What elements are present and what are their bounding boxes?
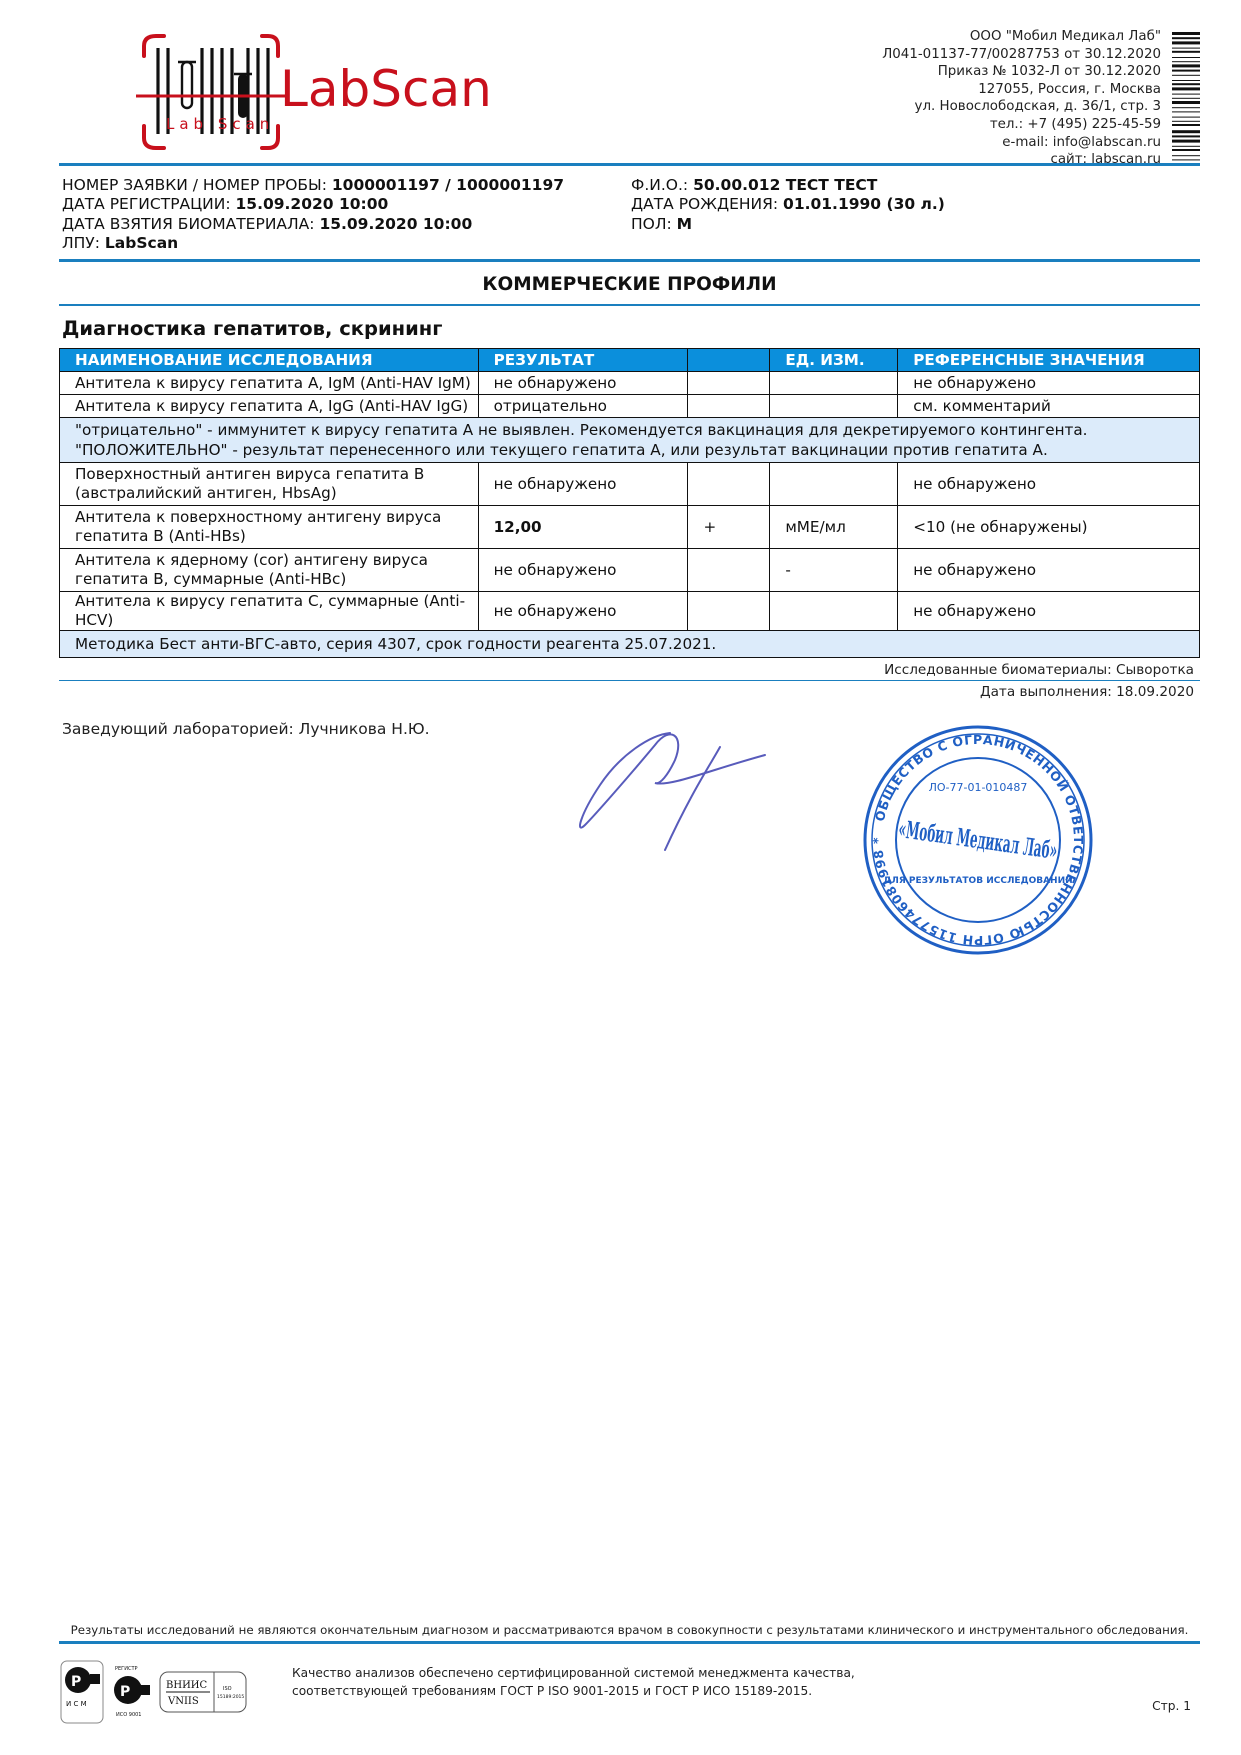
table-row: Антитела к ядерному (cor) антигену вирус… [60, 549, 1200, 592]
info-value: 01.01.1990 (30 л.) [783, 195, 945, 213]
comment-line: Методика Бест анти-ВГС-авто, серия 4307,… [75, 634, 1199, 654]
result-flag: + [688, 506, 770, 549]
result-flag [688, 549, 770, 592]
info-value: 1000001197 / 1000001197 [332, 176, 564, 194]
info-row: Ф.И.О.: 50.00.012 ТЕСТ ТЕСТ [631, 176, 1191, 195]
reference-range: не обнаружено [898, 372, 1200, 395]
results-table: НАИМЕНОВАНИЕ ИССЛЕДОВАНИЯРЕЗУЛЬТАТЕД. ИЗ… [59, 348, 1200, 658]
comment-row: Методика Бест анти-ВГС-авто, серия 4307,… [60, 631, 1200, 658]
comment-line: "отрицательно" - иммунитет к вирусу гепа… [75, 420, 1199, 440]
rst-iso9001-icon: Р РЕГИСТР ИСО 9001 [114, 1666, 150, 1718]
info-label: ПОЛ: [631, 215, 677, 233]
svg-text:И С М: И С М [66, 1700, 87, 1708]
svg-text:ИСО 9001: ИСО 9001 [116, 1712, 141, 1718]
divider [59, 680, 1200, 681]
svg-text:«Мобил Медикал Лаб»: «Мобил Медикал Лаб» [897, 814, 1059, 865]
svg-text:15189:2015: 15189:2015 [217, 1694, 244, 1700]
org-line: ООО "Мобил Медикал Лаб" [741, 28, 1161, 46]
org-line: Приказ № 1032-Л от 30.12.2020 [741, 63, 1161, 81]
info-label: НОМЕР ЗАЯВКИ / НОМЕР ПРОБЫ: [62, 176, 332, 194]
divider [59, 259, 1200, 262]
table-row: Антитела к вирусу гепатита А, IgG (Anti-… [60, 395, 1200, 418]
org-line: Л041-01137-77/00287753 от 30.12.2020 [741, 46, 1161, 64]
column-header: РЕФЕРЕНСНЫЕ ЗНАЧЕНИЯ [898, 349, 1200, 372]
patient-info: Ф.И.О.: 50.00.012 ТЕСТ ТЕСТДАТА РОЖДЕНИЯ… [631, 176, 1191, 234]
reference-range: <10 (не обнаружены) [898, 506, 1200, 549]
table-row: Антитела к вирусу гепатита С, суммарные … [60, 592, 1200, 631]
test-name: Антитела к вирусу гепатита А, IgG (Anti-… [60, 395, 479, 418]
info-value: 15.09.2020 10:00 [236, 195, 389, 213]
reference-range: см. комментарий [898, 395, 1200, 418]
info-label: ДАТА РЕГИСТРАЦИИ: [62, 195, 236, 213]
reference-range: не обнаружено [898, 592, 1200, 631]
svg-text:LabScan: LabScan [280, 60, 492, 118]
test-result: 12,00 [478, 506, 688, 549]
column-header: ЕД. ИЗМ. [770, 349, 898, 372]
test-result: не обнаружено [478, 372, 688, 395]
result-flag [688, 592, 770, 631]
table-row: Антитела к поверхностному антигену вирус… [60, 506, 1200, 549]
info-value: 15.09.2020 10:00 [319, 215, 472, 233]
org-line: тел.: +7 (495) 225-45-59 [741, 116, 1161, 134]
unit: мМЕ/мл [770, 506, 898, 549]
table-row: Поверхностный антиген вируса гепатита В … [60, 463, 1200, 506]
info-row: ДАТА РОЖДЕНИЯ: 01.01.1990 (30 л.) [631, 195, 1191, 214]
info-row: ЛПУ: LabScan [62, 234, 622, 253]
quality-statement: Качество анализов обеспечено сертифициро… [292, 1665, 855, 1700]
divider [59, 1641, 1200, 1644]
test-name: Антитела к вирусу гепатита А, IgM (Anti-… [60, 372, 479, 395]
info-row: ДАТА ВЗЯТИЯ БИОМАТЕРИАЛА: 15.09.2020 10:… [62, 215, 622, 234]
stamp-icon: ОБЩЕСТВО С ОГРАНИЧЕННОЙ ОТВЕТСТВЕННОСТЬЮ… [858, 723, 1098, 958]
result-flag [688, 372, 770, 395]
profile-title: Диагностика гепатитов, скрининг [62, 317, 442, 340]
column-header: НАИМЕНОВАНИЕ ИССЛЕДОВАНИЯ [60, 349, 479, 372]
quality-line: соответствующей требованиям ГОСТ Р ISO 9… [292, 1683, 855, 1701]
certification-logos: Р И С М Р РЕГИСТР ИСО 9001 ВНИИС VNIIS I… [60, 1660, 260, 1725]
result-flag [688, 395, 770, 418]
org-line: сайт: labscan.ru [741, 151, 1161, 169]
test-name: Поверхностный антиген вируса гепатита В … [60, 463, 479, 506]
svg-text:ДЛЯ РЕЗУЛЬТАТОВ ИССЛЕДОВАНИЙ: ДЛЯ РЕЗУЛЬТАТОВ ИССЛЕДОВАНИЙ [883, 874, 1072, 886]
divider [59, 304, 1200, 306]
info-row: ПОЛ: М [631, 215, 1191, 234]
svg-text:ISO: ISO [223, 1686, 232, 1692]
disclaimer: Результаты исследований не являются окон… [59, 1623, 1200, 1637]
test-result: не обнаружено [478, 549, 688, 592]
labscan-logo: Lab Scan LabScan [130, 28, 500, 156]
signature-icon [560, 715, 790, 855]
reference-range: не обнаружено [898, 463, 1200, 506]
quality-line: Качество анализов обеспечено сертифициро… [292, 1665, 855, 1683]
test-result: не обнаружено [478, 592, 688, 631]
unit [770, 463, 898, 506]
svg-text:ЛО-77-01-010487: ЛО-77-01-010487 [929, 781, 1028, 794]
org-line: ул. Новослободская, д. 36/1, стр. 3 [741, 98, 1161, 116]
section-title: КОММЕРЧЕСКИЕ ПРОФИЛИ [59, 274, 1200, 295]
comment-row: "отрицательно" - иммунитет к вирусу гепа… [60, 418, 1200, 463]
org-line: e-mail: info@labscan.ru [741, 134, 1161, 152]
svg-text:Р: Р [71, 1674, 81, 1690]
comment-cell: "отрицательно" - иммунитет к вирусу гепа… [60, 418, 1200, 463]
info-value: 50.00.012 ТЕСТ ТЕСТ [693, 176, 877, 194]
svg-text:ВНИИС: ВНИИС [166, 1680, 208, 1691]
test-name: Антитела к вирусу гепатита С, суммарные … [60, 592, 479, 631]
table-header-row: НАИМЕНОВАНИЕ ИССЛЕДОВАНИЯРЕЗУЛЬТАТЕД. ИЗ… [60, 349, 1200, 372]
rst-ism-icon: Р И С М [61, 1661, 103, 1723]
result-flag [688, 463, 770, 506]
lab-head: Заведующий лабораторией: Лучникова Н.Ю. [62, 720, 430, 738]
info-label: ЛПУ: [62, 234, 105, 252]
divider [59, 163, 1200, 166]
svg-text:Р: Р [120, 1684, 130, 1700]
unit [770, 592, 898, 631]
unit [770, 372, 898, 395]
test-name: Антитела к ядерному (cor) антигену вирус… [60, 549, 479, 592]
test-result: отрицательно [478, 395, 688, 418]
info-row: ДАТА РЕГИСТРАЦИИ: 15.09.2020 10:00 [62, 195, 622, 214]
vniis-iso-icon: ВНИИС VNIIS ISO 15189:2015 [160, 1672, 246, 1712]
info-label: Ф.И.О.: [631, 176, 693, 194]
info-label: ДАТА РОЖДЕНИЯ: [631, 195, 783, 213]
table-row: Антитела к вирусу гепатита А, IgM (Anti-… [60, 372, 1200, 395]
reference-range: не обнаружено [898, 549, 1200, 592]
order-info: НОМЕР ЗАЯВКИ / НОМЕР ПРОБЫ: 1000001197 /… [62, 176, 622, 254]
info-value: LabScan [105, 234, 178, 252]
execution-date: Дата выполнения: 18.09.2020 [980, 684, 1194, 700]
test-result: не обнаружено [478, 463, 688, 506]
barcode-icon [1172, 32, 1200, 162]
svg-text:Lab Scan: Lab Scan [166, 115, 274, 133]
unit [770, 395, 898, 418]
unit: - [770, 549, 898, 592]
svg-text:РЕГИСТР: РЕГИСТР [115, 1666, 138, 1672]
comment-line: "ПОЛОЖИТЕЛЬНО" - результат перенесенного… [75, 440, 1199, 460]
org-line: 127055, Россия, г. Москва [741, 81, 1161, 99]
comment-cell: Методика Бест анти-ВГС-авто, серия 4307,… [60, 631, 1200, 658]
column-header: РЕЗУЛЬТАТ [478, 349, 688, 372]
biomaterial-info: Исследованные биоматериалы: Сыворотка [884, 662, 1194, 678]
info-value: М [677, 215, 692, 233]
info-label: ДАТА ВЗЯТИЯ БИОМАТЕРИАЛА: [62, 215, 319, 233]
svg-text:VNIIS: VNIIS [167, 1696, 199, 1707]
page-number: Стр. 1 [1152, 1699, 1191, 1713]
column-header [688, 349, 770, 372]
info-row: НОМЕР ЗАЯВКИ / НОМЕР ПРОБЫ: 1000001197 /… [62, 176, 622, 195]
organization-info: ООО "Мобил Медикал Лаб"Л041-01137-77/002… [741, 28, 1161, 169]
test-name: Антитела к поверхностному антигену вирус… [60, 506, 479, 549]
